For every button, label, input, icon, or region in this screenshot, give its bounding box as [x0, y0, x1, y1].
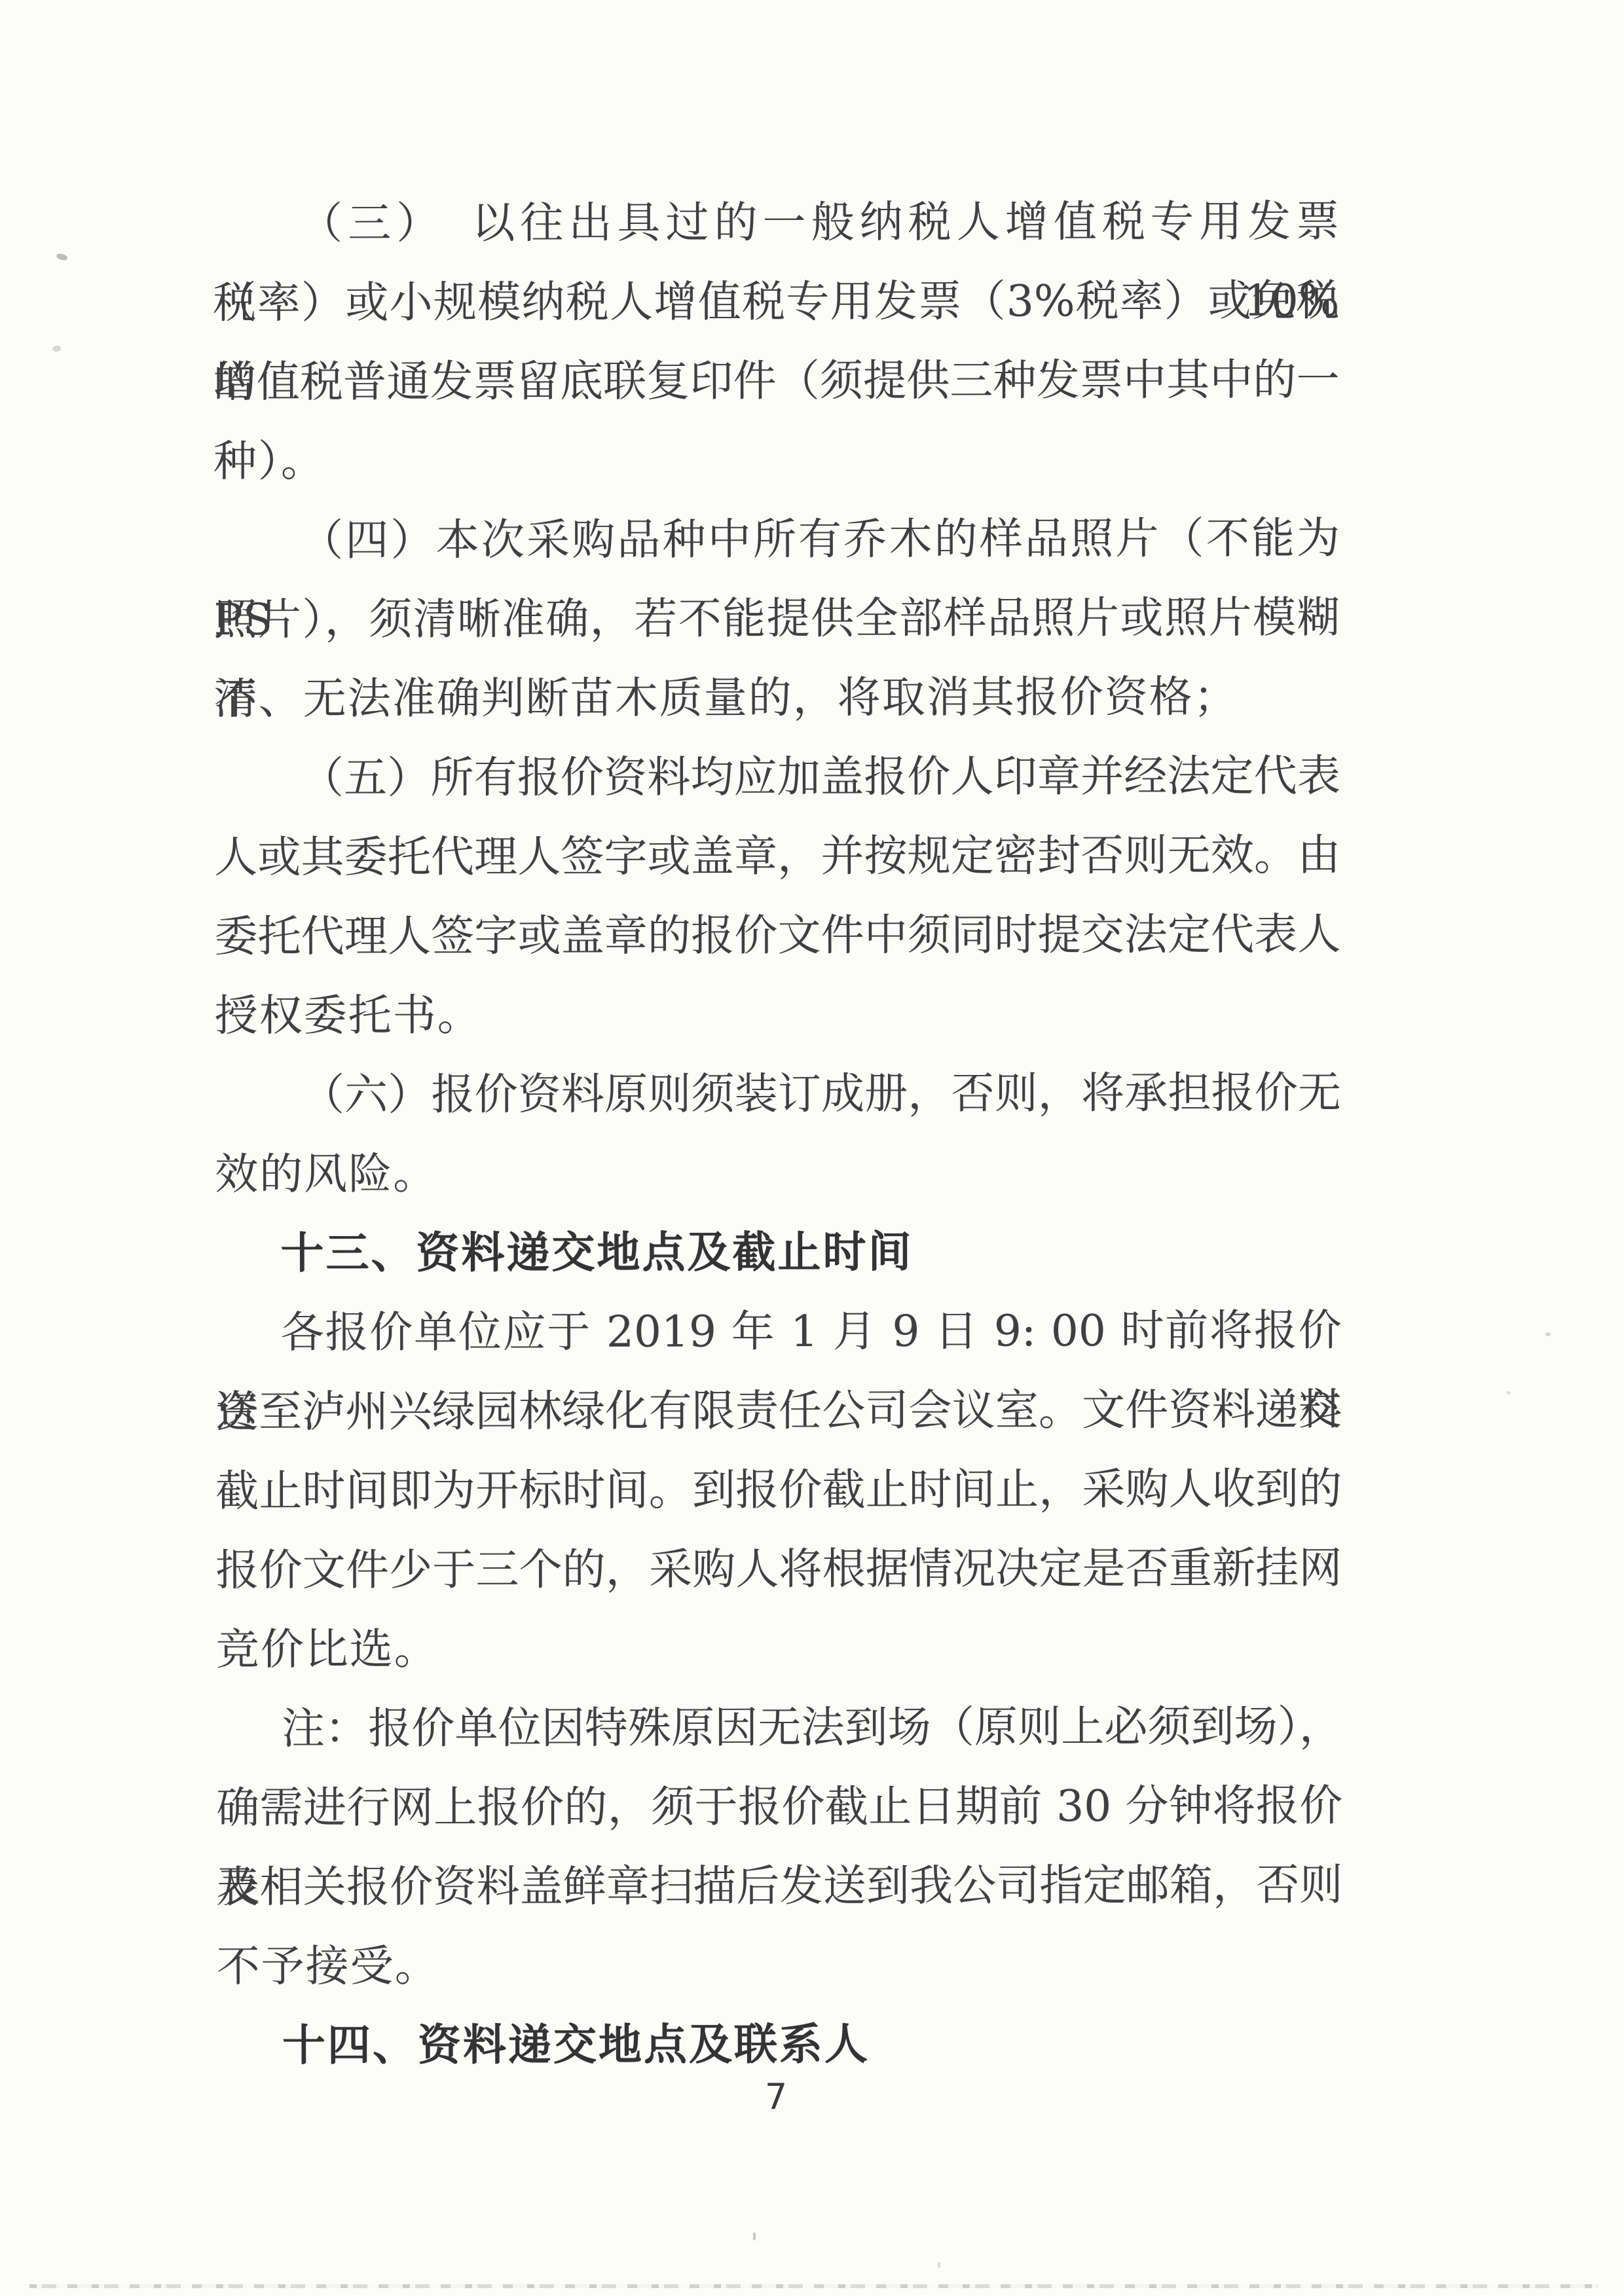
text-line: 确需进行网上报价的，须于报价截止日期前 30 分钟将报价表	[216, 1766, 1342, 1848]
text-line: （四）本次采购品种中所有乔木的样品照片（不能为 PS	[213, 498, 1340, 580]
scan-speck	[753, 2232, 756, 2240]
text-line: 效的风险。	[215, 1132, 1341, 1214]
text-line: 各报价单位应于 2019 年 1 月 9 日 9: 00 时前将报价资料	[215, 1290, 1342, 1372]
scan-speck	[52, 346, 61, 352]
scan-speck	[1545, 1332, 1551, 1336]
text-line: 税率）或小规模纳税人增值税专用发票（3%税率）或免税的	[213, 261, 1339, 342]
scan-noise-line	[29, 2284, 1598, 2288]
document-page: （三） 以往出具过的一般纳税人增值税专用发票（10%税率）或小规模纳税人增值税专…	[0, 0, 1624, 2296]
text-line: 清、无法准确判断苗木质量的，将取消其报价资格；	[214, 657, 1340, 738]
scan-speck	[1506, 1391, 1511, 1394]
text-line: （五）所有报价资料均应加盖报价人印章并经法定代表	[214, 736, 1340, 818]
text-line: 截止时间即为开标时间。到报价截止时间止，采购人收到的	[215, 1449, 1342, 1531]
text-line: 注：报价单位因特殊原因无法到场（原则上必须到场），	[216, 1686, 1342, 1768]
text-line: 竞价比选。	[216, 1607, 1342, 1689]
text-line: 照片），须清晰准确，若不能提供全部样品照片或照片模糊不	[213, 577, 1340, 659]
text-line: 送至泸州兴绿园林绿化有限责任公司会议室。文件资料递交	[215, 1370, 1342, 1451]
page-number: 7	[213, 2074, 1339, 2120]
text-line: （三） 以往出具过的一般纳税人增值税专用发票（10%	[213, 181, 1339, 263]
text-line: 增值税普通发票留底联复印件（须提供三种发票中其中的一	[213, 340, 1340, 422]
text-line: 人或其委托代理人签字或盖章，并按规定密封否则无效。由	[214, 815, 1340, 897]
text-line: 授权委托书。	[215, 974, 1341, 1055]
document-text: （三） 以往出具过的一般纳税人增值税专用发票（10%税率）或小规模纳税人增值税专…	[213, 181, 1343, 2085]
text-line: （六）报价资料原则须装订成册，否则，将承担报价无	[215, 1053, 1341, 1135]
text-line: 不予接受。	[217, 1924, 1343, 2006]
text-line: 种）。	[213, 419, 1340, 501]
text-line: 委托代理人签字或盖章的报价文件中须同时提交法定代表人	[214, 894, 1340, 976]
section-heading: 十三、资料递交地点及截止时间	[215, 1211, 1341, 1293]
section-heading: 十四、资料递交地点及联系人	[217, 2003, 1343, 2085]
scan-speck	[56, 253, 68, 262]
text-line: 及相关报价资料盖鲜章扫描后发送到我公司指定邮箱，否则	[216, 1845, 1342, 1927]
scan-speck	[938, 2262, 940, 2268]
text-line: 报价文件少于三个的，采购人将根据情况决定是否重新挂网	[215, 1528, 1342, 1610]
